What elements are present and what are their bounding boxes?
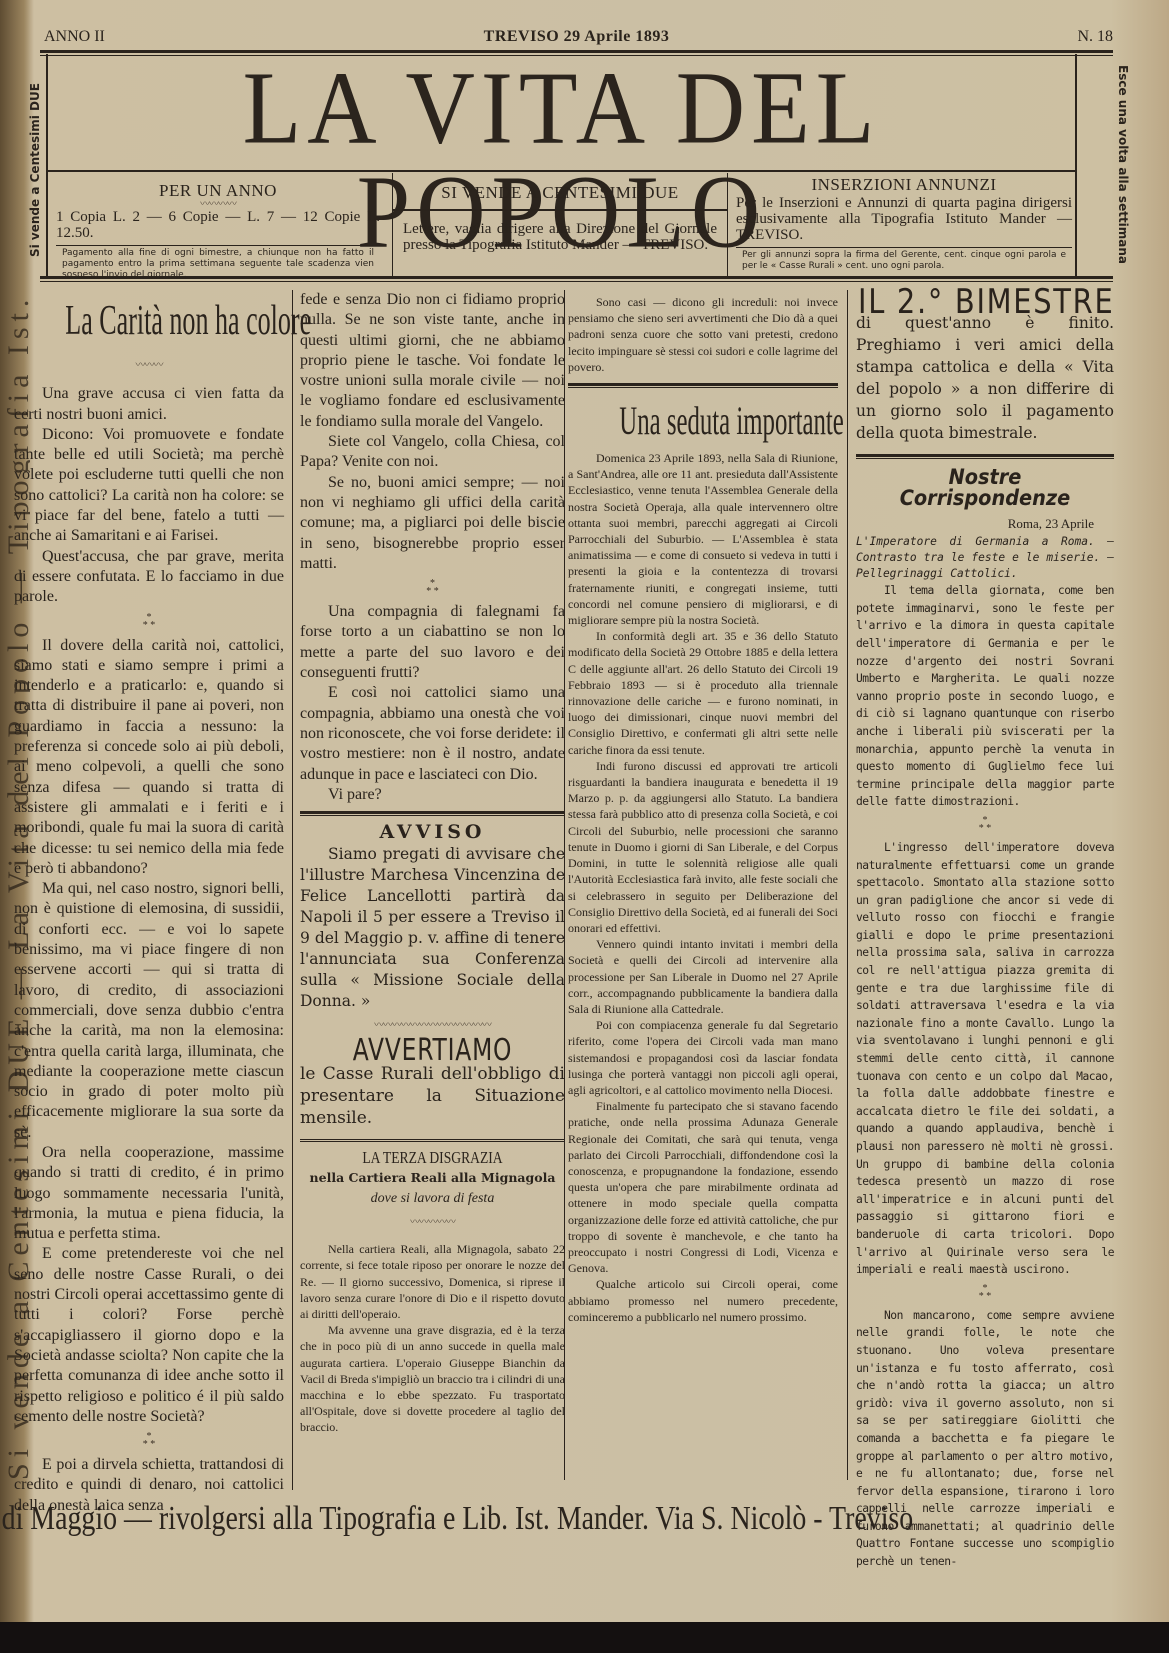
ornament: 〰〰〰 bbox=[14, 356, 284, 376]
article-title-seduta: Una seduta importante bbox=[619, 396, 786, 446]
paragraph: Ma qui, nel caso nostro, signori belli, … bbox=[14, 879, 284, 1143]
bimestre-body: di quest'anno è finito. Preghiamo i veri… bbox=[856, 312, 1114, 444]
paragraph: Qualche articolo sui Circoli operai, com… bbox=[568, 1276, 838, 1325]
column-2: fede e senza Dio non ci fidiamo proprio … bbox=[300, 290, 565, 1436]
paragraph: Una grave accusa ci vien fatta da certi … bbox=[14, 384, 284, 425]
masthead-topline: ANNO II TREVISO 29 Aprile 1893 N. 18 bbox=[40, 28, 1113, 50]
avviso-title: AVVISO bbox=[300, 822, 565, 842]
corrispondenze-title: Nostre Corrispondenze bbox=[866, 467, 1103, 508]
section-rule bbox=[856, 454, 1114, 459]
column-4: IL 2.° BIMESTRE di quest'anno è finito. … bbox=[856, 290, 1114, 1571]
paragraph: In conformità degli art. 35 e 36 dello S… bbox=[568, 628, 838, 758]
asterism: ** * bbox=[856, 817, 1114, 833]
subscription-box: PER UN ANNO 〰〰〰〰 1 Copia L. 2 — 6 Copie … bbox=[50, 173, 386, 277]
column-3: Sono casi — dicono gli increduli: noi in… bbox=[568, 290, 838, 1325]
paragraph: Nella cartiera Reali, alla Mignagola, sa… bbox=[300, 1241, 565, 1322]
price-box: SI VENDE A CENTESIMI DUE Lettere, vaglia… bbox=[392, 173, 728, 277]
ads-body: Per le Inserzioni e Annunzi di quarta pa… bbox=[730, 195, 1078, 243]
paragraph: Sono casi — dicono gli increduli: noi in… bbox=[568, 294, 838, 375]
asterism: ** * bbox=[14, 614, 284, 630]
side-note-left: Si vende a Centesimi DUE bbox=[28, 80, 44, 260]
asterism: ** * bbox=[300, 580, 565, 596]
terza-subtitle: nella Cartiera Reali alla Mignagola bbox=[300, 1168, 565, 1188]
price-heading: SI VENDE A CENTESIMI DUE bbox=[393, 183, 727, 211]
paragraph: Il dovere della carità noi, cattolici, s… bbox=[14, 636, 284, 880]
masthead-subrule bbox=[48, 170, 1075, 172]
side-note-right: Esce una volta alla settimana bbox=[1088, 60, 1132, 270]
asterism: ** * bbox=[14, 1433, 284, 1449]
subscription-heading: PER UN ANNO bbox=[50, 181, 386, 201]
terza-title: LA TERZA DISGRAZIA bbox=[327, 1148, 539, 1168]
dateline: Roma, 23 Aprile bbox=[856, 514, 1114, 534]
price-body: Lettere, vaglia dirigere alla Direzione … bbox=[393, 221, 727, 253]
paragraph: Poi con compiacenza generale fu dal Segr… bbox=[568, 1017, 838, 1098]
ads-note: Per gli annunzi sopra la firma del Geren… bbox=[736, 247, 1072, 274]
paragraph: Il tema della giornata, come ben potete … bbox=[856, 582, 1114, 811]
paragraph: Quest'accusa, che par grave, merita di e… bbox=[14, 547, 284, 608]
subscription-prices: 1 Copia L. 2 — 6 Copie — L. 7 — 12 Copie… bbox=[50, 209, 386, 241]
bimestre-title: IL 2.° BIMESTRE bbox=[858, 292, 1076, 312]
asterism: ** * bbox=[856, 1285, 1114, 1301]
paragraph: Siete col Vangelo, colla Chiesa, col Pap… bbox=[300, 432, 565, 473]
paragraph: Una compagnia di falegnami fa forse tort… bbox=[300, 602, 565, 683]
paragraph: Indi furono discussi ed approvati tre ar… bbox=[568, 758, 838, 936]
avviso-body: Siamo pregati di avvisare che l'illustre… bbox=[300, 844, 565, 1012]
ornament: 〰〰〰〰 bbox=[50, 201, 386, 209]
column-1: La Carità non ha colore 〰〰〰 Una grave ac… bbox=[14, 290, 284, 1516]
newspaper-page: Si vende a Centesimi DUE — La Vita del P… bbox=[0, 0, 1169, 1622]
paragraph: Vi pare? bbox=[300, 785, 565, 805]
footer-advert: di Maggio — rivolgersi alla Tipografia e… bbox=[0, 1500, 959, 1550]
avvertiamo-body: le Casse Rurali dell'obbligo di presenta… bbox=[300, 1063, 565, 1129]
paragraph: E come pretendereste voi che nel seno de… bbox=[14, 1244, 284, 1427]
paragraph: fede e senza Dio non ci fidiamo proprio … bbox=[300, 290, 565, 432]
paragraph: Vennero quindi intanto invitati i membri… bbox=[568, 936, 838, 1017]
ads-box: INSERZIONI ANNUNZI Per le Inserzioni e A… bbox=[730, 173, 1078, 277]
ornament: 〰〰〰〰〰 bbox=[300, 1213, 565, 1233]
paragraph: Ora nella cooperazione, massime quando s… bbox=[14, 1143, 284, 1244]
paragraph: Dicono: Voi promuovete e fondate tante b… bbox=[14, 425, 284, 547]
paragraph: Ma avvenne una grave disgrazia, ed è la … bbox=[300, 1322, 565, 1435]
column-divider bbox=[847, 290, 848, 1480]
paragraph: Finalmente fu partecipato che si stavano… bbox=[568, 1098, 838, 1276]
paragraph: Domenica 23 Aprile 1893, nella Sala di R… bbox=[568, 450, 838, 628]
section-rule bbox=[568, 383, 838, 388]
avvertiamo-title: AVVERTIAMO bbox=[329, 1041, 536, 1061]
paragraph: L'ingresso dell'imperatore doveva natura… bbox=[856, 839, 1114, 1279]
column-divider bbox=[292, 290, 293, 1490]
summary: L'Imperatore di Germania a Roma. — Contr… bbox=[856, 534, 1114, 582]
section-rule bbox=[300, 1139, 565, 1142]
ads-heading: INSERZIONI ANNUNZI bbox=[730, 175, 1078, 195]
paragraph: E così noi cattolici siamo una compagnia… bbox=[300, 683, 565, 784]
place-date: TREVISO 29 Aprile 1893 bbox=[40, 28, 1113, 46]
section-rule bbox=[300, 811, 565, 816]
article-title-carita: La Carità non ha colore bbox=[65, 296, 232, 346]
issue-number: N. 18 bbox=[1077, 28, 1113, 46]
terza-subtitle-italic: dove si lavora di festa bbox=[300, 1189, 565, 1209]
paragraph: Se no, buoni amici sempre; — noi non vi … bbox=[300, 473, 565, 574]
